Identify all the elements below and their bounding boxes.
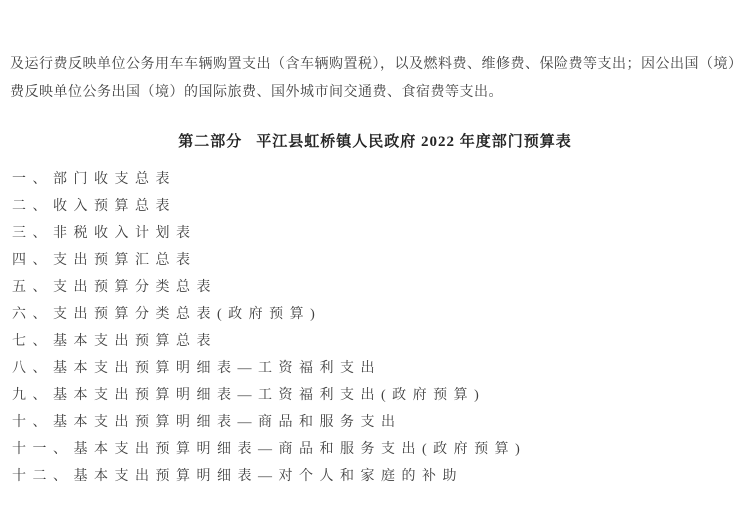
list-item: 五、支出预算分类总表 (12, 274, 740, 301)
document-page: 及运行费反映单位公务用车车辆购置支出（含车辆购置税），以及燃料费、维修费、保险费… (0, 0, 750, 530)
list-item: 七、基本支出预算总表 (12, 328, 740, 355)
budget-table-list: 一、部门收支总表 二、收入预算总表 三、非税收入计划表 四、支出预算汇总表 五、… (12, 166, 740, 490)
list-item: 二、收入预算总表 (12, 193, 740, 220)
body-paragraph: 及运行费反映单位公务用车车辆购置支出（含车辆购置税），以及燃料费、维修费、保险费… (10, 51, 740, 107)
section-title: 平江县虹桥镇人民政府 2022 年度部门预算表 (256, 134, 572, 150)
list-item: 六、支出预算分类总表(政府预算) (12, 301, 740, 328)
paragraph-line-2: 费反映单位公务出国（境）的国际旅费、国外城市间交通费、食宿费等支出。 (10, 79, 740, 107)
list-item: 九、基本支出预算明细表—工资福利支出(政府预算) (12, 382, 740, 409)
section-heading: 第二部分平江县虹桥镇人民政府 2022 年度部门预算表 (0, 130, 750, 154)
section-part-label: 第二部分 (178, 134, 242, 150)
paragraph-line-1: 及运行费反映单位公务用车车辆购置支出（含车辆购置税），以及燃料费、维修费、保险费… (10, 51, 740, 79)
list-item: 三、非税收入计划表 (12, 220, 740, 247)
list-item: 十、基本支出预算明细表—商品和服务支出 (12, 409, 740, 436)
list-item: 八、基本支出预算明细表—工资福利支出 (12, 355, 740, 382)
list-item: 一、部门收支总表 (12, 166, 740, 193)
list-item: 四、支出预算汇总表 (12, 247, 740, 274)
list-item: 十二、基本支出预算明细表—对个人和家庭的补助 (12, 463, 740, 490)
list-item: 十一、基本支出预算明细表—商品和服务支出(政府预算) (12, 436, 740, 463)
